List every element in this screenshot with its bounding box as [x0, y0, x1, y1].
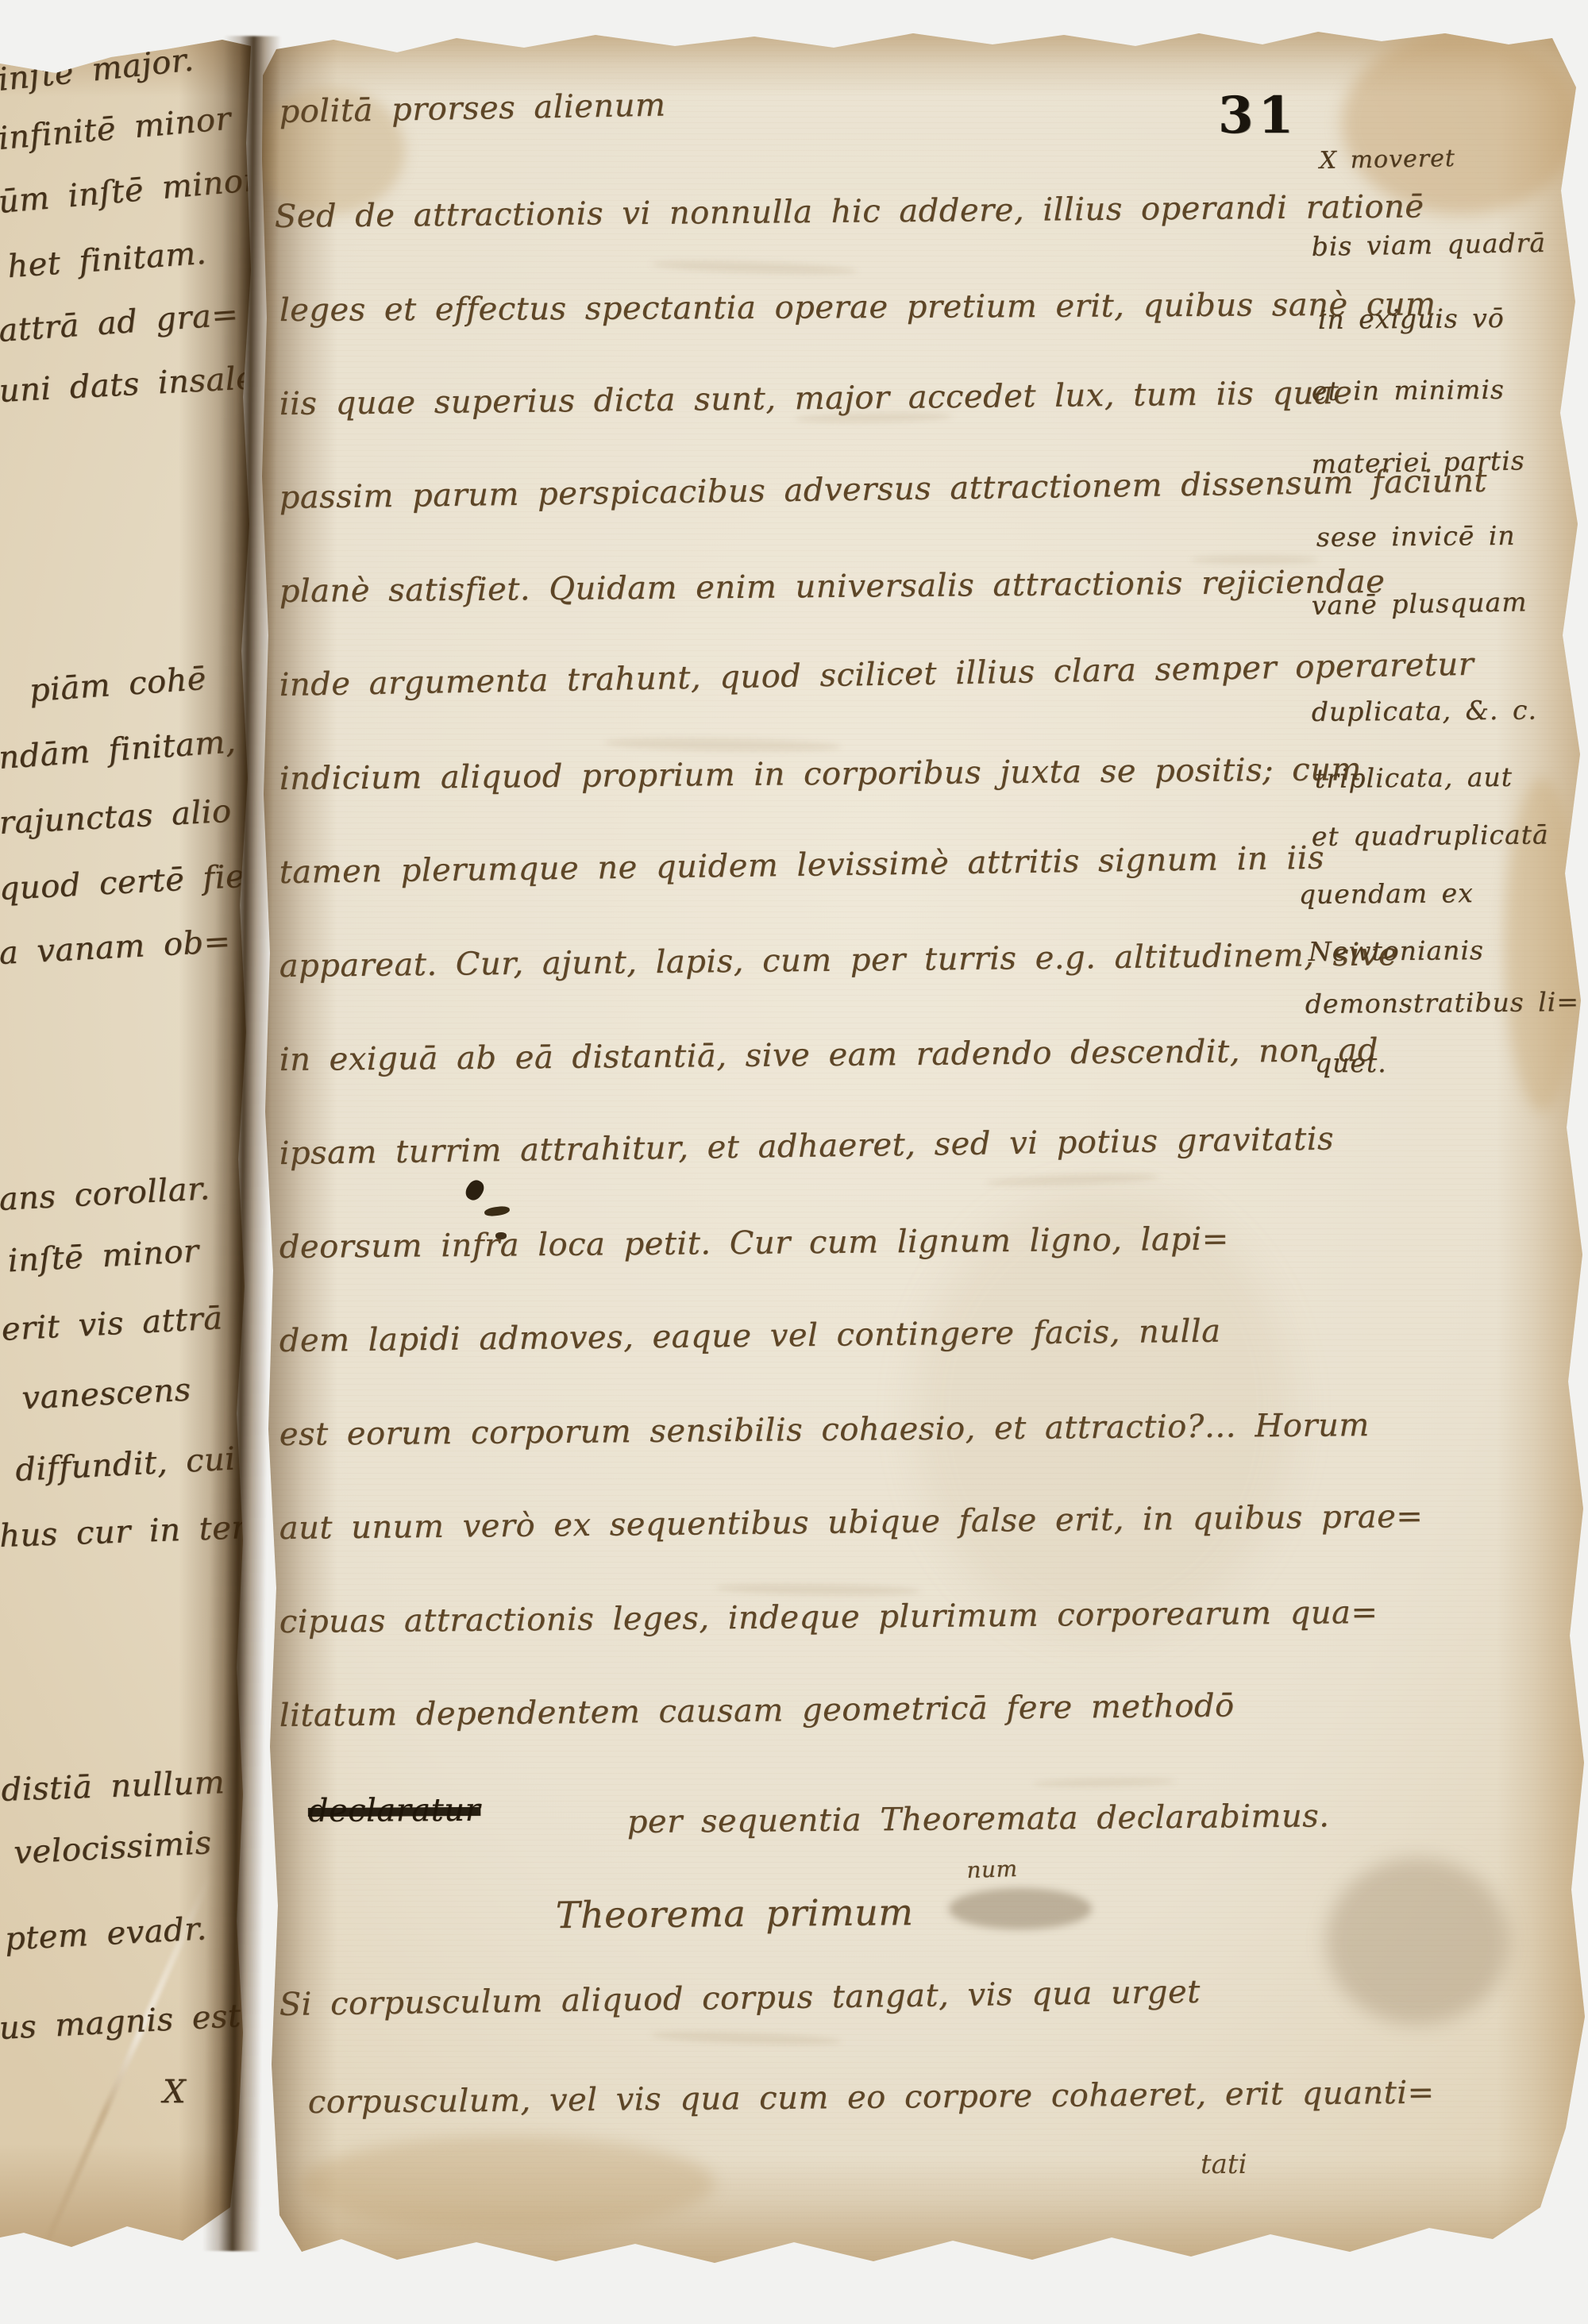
- manuscript-line: Theorema primum: [556, 1891, 914, 1937]
- manuscript-line: planè satisfiet. Quidam enim universalis…: [279, 564, 1386, 610]
- showthrough-mark: [1191, 556, 1318, 564]
- ink-smudge: [949, 1888, 1092, 1929]
- left-page-line: a vanam ob=: [0, 925, 200, 972]
- ink-blot: [463, 1177, 488, 1204]
- showthrough-mark: [985, 1172, 1159, 1188]
- manuscript-line: cipuas attractionis leges, indeque pluri…: [279, 1594, 1378, 1640]
- page-number: 31: [1218, 86, 1298, 145]
- margin-note-line: demonstratibus li=: [1305, 987, 1579, 1019]
- manuscript-line: appareat. Cur, ajunt, lapis, cum per tur…: [279, 936, 1398, 985]
- showthrough-mark: [651, 258, 858, 276]
- bottom-deckle-edge-stain: [262, 2156, 1584, 2267]
- showthrough-mark: [651, 2029, 842, 2047]
- margin-note-line: Newtonianis: [1309, 935, 1484, 967]
- ink-blot: [484, 1205, 510, 1217]
- manuscript-line: num: [966, 1856, 1018, 1883]
- margin-note-line: sese invicē in: [1316, 521, 1516, 553]
- manuscript-line: passim parum perspicacibus adversus attr…: [279, 463, 1487, 516]
- showthrough-mark: [715, 1582, 921, 1598]
- top-deckle-edge-stain: [262, 29, 1584, 96]
- manuscript-line: tamen plerumque ne quidem levissimè attr…: [279, 840, 1324, 891]
- margin-note-line: triplicata, aut: [1315, 762, 1513, 794]
- margin-note-line: et in minimis: [1312, 375, 1505, 407]
- showthrough-mark: [603, 736, 842, 753]
- manuscript-line: indicium aliquod proprium in corporibus …: [279, 751, 1362, 797]
- left-page-line: rajunctas alio: [0, 794, 208, 842]
- left-page-line: inſtē minor: [0, 1233, 200, 1280]
- manuscript-line: litatum dependentem causam geometricā fe…: [279, 1687, 1235, 1734]
- manuscript-line: leges et effectus spectantia operae pret…: [279, 286, 1436, 329]
- margin-note-line: vanē plusquam: [1311, 587, 1527, 621]
- manuscript-line: in exiguā ab eā distantiā, sive eam rade…: [279, 1032, 1378, 1078]
- manuscript-line: inde argumenta trahunt, quod scilicet il…: [279, 646, 1474, 703]
- manuscript-line: corpusculum, vel vis qua cum eo corpore …: [308, 2075, 1435, 2121]
- left-page-line: quod certē fie=: [0, 861, 205, 908]
- paper-stain: [1326, 1858, 1509, 2025]
- left-page-line: X: [0, 2074, 186, 2110]
- manuscript-line: Sed de attractionis vi nonnulla hic adde…: [275, 188, 1424, 235]
- manuscript-photo: inſtē major.infinitē minorūm inſtē minor…: [0, 0, 1588, 2324]
- left-page-line: infinitē minor: [0, 103, 199, 157]
- left-page-line: vanescens: [0, 1371, 192, 1418]
- left-page-line: het finitam.: [0, 235, 207, 286]
- margin-note-line: bis viam quadrā: [1311, 228, 1546, 262]
- manuscript-line: per sequentia Theoremata declarabimus.: [627, 1798, 1330, 1840]
- margin-note-line: in exiguis vō: [1318, 303, 1505, 335]
- margin-note-line: quet.: [1315, 1048, 1387, 1078]
- margin-note-line: et quadruplicatā: [1312, 819, 1549, 852]
- left-page-line: ans corollar.: [0, 1171, 197, 1218]
- manuscript-line: declaratur: [308, 1792, 480, 1829]
- manuscript-line: ipsam turrim attrahitur, et adhaeret, se…: [279, 1120, 1334, 1172]
- margin-note-line: duplicata, &. c.: [1312, 696, 1537, 727]
- showthrough-mark: [1032, 1777, 1175, 1787]
- right-deckle-edge-stain: [1497, 29, 1588, 2260]
- margin-note-line: X moveret: [1319, 145, 1455, 175]
- catchword: tati: [1201, 2149, 1247, 2180]
- manuscript-line: iis quae superius dicta sunt, major acce…: [279, 375, 1353, 422]
- left-page-line: ūm inſtē minor: [0, 167, 201, 221]
- left-page-line: piām cohē: [0, 661, 207, 711]
- margin-note-line: quendam ex: [1299, 878, 1474, 910]
- manuscript-line: Si corpusculum aliquod corpus tangat, vi…: [279, 1974, 1201, 2023]
- margin-note-line: materiei partis: [1311, 445, 1525, 480]
- manuscript-line: politā prorses alienum: [279, 87, 666, 130]
